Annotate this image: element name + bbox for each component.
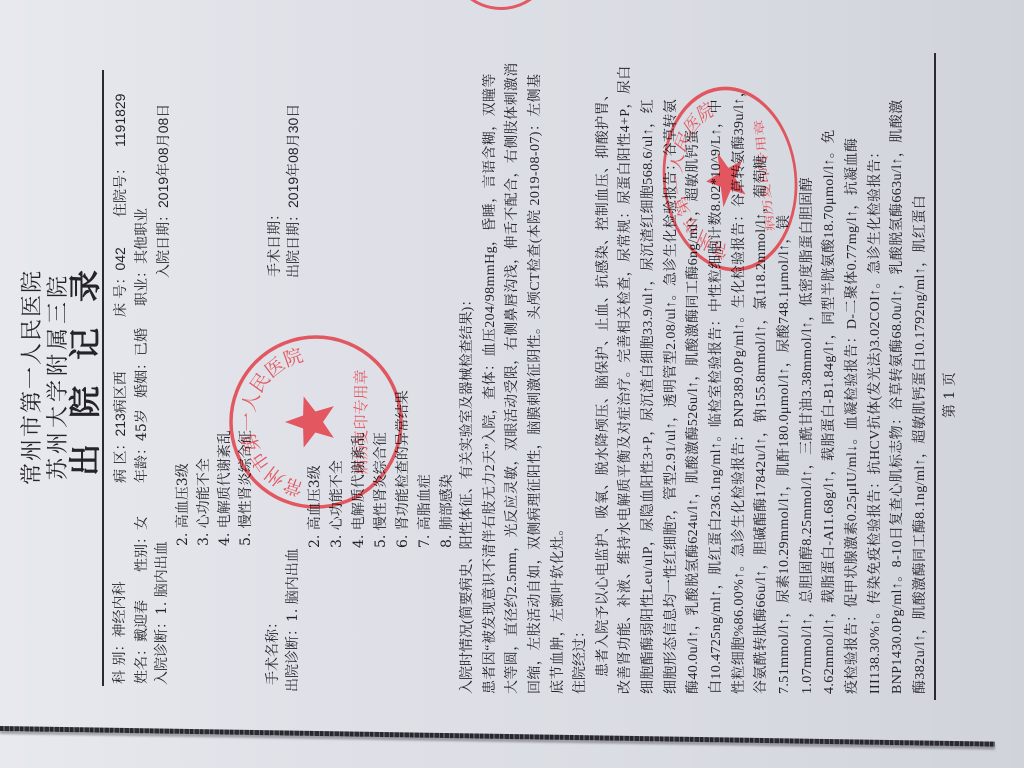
diagnosis-item: 7. 高脂血症: [414, 390, 436, 692]
occupation-value: 其他职业: [134, 208, 150, 264]
seal-inner-text: 病历复印专用章: [752, 119, 778, 232]
diagnosis-item: 8. 肺部感染: [436, 390, 458, 692]
bed-label: 床 号：: [113, 271, 129, 317]
discharge-date-value: 2019年08月30日: [285, 104, 301, 208]
department-field: 科 别：神经内科: [111, 582, 129, 684]
age-label: 年龄：: [134, 441, 150, 483]
marital-status-field: 婚姻：已婚: [133, 328, 151, 398]
inpatient-number-label: 住院号：: [113, 161, 129, 217]
ward-value: 213病区西: [112, 371, 128, 436]
star-icon: [703, 150, 746, 209]
star-icon: [285, 396, 334, 447]
hospital-course-heading: 住院经过：: [570, 62, 593, 694]
patient-name-field: 姓名：戴迎春: [133, 600, 151, 684]
marital-status-label: 婚姻：: [134, 356, 150, 398]
body-line: 1.07mmol/l↑，总胆固醇8.25mmol/l↑，三酰甘油3.38mmol…: [797, 62, 820, 694]
admission-date-label: 入院日期：: [156, 208, 172, 278]
body-line: III138.30%↑。传染免疫检验报告：抗HCV抗体(发光法)3.02COI↑…: [865, 62, 888, 694]
discharge-date-label: 出院日期：: [286, 208, 302, 278]
admission-diagnosis-row: 入院诊断：1. 脑内出血: [152, 430, 173, 685]
surgery-date-label: 手术日期：: [266, 207, 284, 277]
admission-date-field: 入院日期：2019年08月08日: [154, 104, 172, 278]
sex-value: 女: [134, 516, 150, 530]
department-label: 科 别：: [112, 638, 128, 684]
body-line: 细胞酯酶弱阳性Leu/ulP，尿隐血阳性3+P，尿沉渣白细胞33.9/ul↑，尿…: [638, 62, 661, 694]
occupation-field: 职业：其他职业: [133, 208, 151, 306]
admission-diagnosis-label: 入院诊断：: [154, 615, 170, 685]
body-line: 疫检验报告：促甲状腺激素0.25μIU/ml↓。血凝检验报告：D-二聚体0.77…: [842, 62, 865, 694]
inpatient-number-value: 1191829: [112, 94, 128, 147]
body-line: 患者因“被发现意识不清伴右肢无力2天”入院，查体：血压204/98mmHg，昏睡…: [480, 62, 503, 694]
document-title: 出院记录: [67, 0, 103, 768]
department-value: 神经内科: [112, 582, 128, 638]
patient-name-value: 戴迎春: [134, 600, 150, 642]
diagnosis-item: 1. 脑内出血: [154, 541, 170, 615]
hospital-seal-stamp: 常州市第一人民医院 病历复印专用章: [653, 78, 808, 279]
header-divider: [102, 70, 104, 686]
diagnosis-item: 2. 高血压3级: [173, 430, 194, 685]
body-line: BNP1430.0Pg/ml↑。8-10日复查心肌标志物：谷草转氨酶68.0u/…: [887, 62, 910, 694]
body-line: 患者入院予以心电监护、吸氧、脱水降颅压、脑保护、止血、抗感染、控制血压、抑酸护胃…: [593, 62, 616, 694]
sex-field: 性别：女: [133, 516, 151, 572]
marital-status-value: 已婚: [134, 328, 150, 356]
occupation-label: 职业：: [134, 264, 150, 306]
footer-divider: [934, 53, 936, 700]
hospital-name: 常州市第一人民医院: [20, 0, 46, 768]
body-line: 回缩，左肢活动自如，双侧病理征阳性，脑膜刺激征阴性。头颅CT检查(本院 2019…: [525, 62, 548, 694]
bed-value: 042: [112, 247, 128, 270]
hospital-seal-stamp: 常州市第一人民医院 病历复印专用章: [228, 334, 404, 510]
body-line: 底节血肿，左额叶软化灶。: [548, 62, 571, 694]
inpatient-number-field: 住院号：1191829: [111, 94, 129, 217]
body-line: 改善肾功能、补液、维持水电解质平衡及对症治疗。完善相关检查，尿常规：尿蛋白阳性4…: [615, 62, 638, 694]
ward-field: 病 区：213病区西: [111, 371, 129, 483]
diagnosis-item: 1. 脑内出血: [285, 548, 301, 622]
surgery-name-label: 手术名称：: [264, 615, 282, 685]
page-number: 第 1 页: [941, 372, 959, 418]
admission-condition-heading: 入院时情况(简要病史、阳性体征、有关实验室及器械检查结果)：: [457, 62, 480, 694]
body-line: 大等圆，直径约2.5mm，光反应灵敏，双眼活动受限，右侧鼻唇沟浅，伸舌不配合，右…: [502, 62, 525, 694]
ward-label: 病 区：: [113, 437, 129, 483]
discharge-diagnosis-label: 出院诊断：: [285, 622, 301, 692]
sex-label: 性别：: [134, 530, 150, 572]
admission-date-value: 2019年08月08日: [155, 104, 171, 208]
discharge-record-page: 常州市第一人民医院 苏州大学附属三院 出院记录 科 别：神经内科 病 区：213…: [0, 0, 1024, 768]
patient-name-label: 姓名：: [134, 642, 150, 684]
age-field: 年龄：45岁: [133, 409, 151, 483]
body-line: 4.62mmol/l↑，载脂蛋白-AI1.68g/l↑，载脂蛋白-B1.84g/…: [819, 62, 842, 694]
bed-field: 床 号：042: [111, 247, 129, 317]
discharge-date-field: 出院日期：2019年08月30日: [284, 104, 302, 278]
age-value: 45岁: [134, 409, 150, 441]
seal-inner-text: 病历复印专用章: [352, 369, 370, 474]
body-line: 酶382u/l↑，肌酸激酶同工酶8.1ng/ml↑，超敏肌钙蛋白10.1792n…: [910, 62, 933, 694]
diagnosis-item: 3. 心功能不全: [194, 430, 215, 685]
